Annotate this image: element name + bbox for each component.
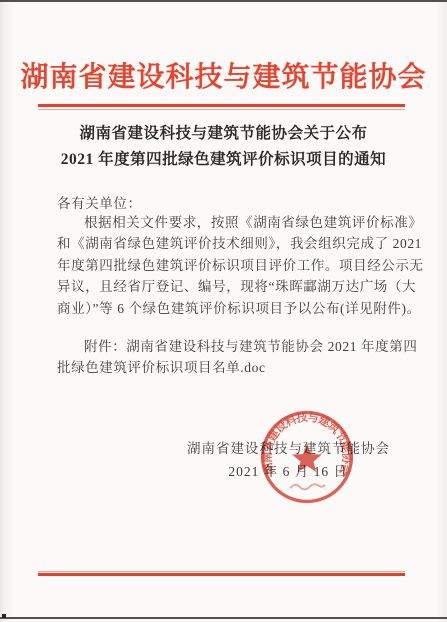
paragraph-line: 年度第四批绿色建筑评价标识项目评价工作。项目经公示无 [57,255,424,276]
seal-ring-text: 湖南省建设科技与建筑节能协会 [260,410,354,478]
footer-rule-thin [38,571,405,572]
official-seal: 湖南省建设科技与建筑节能协会 [247,397,367,517]
letterhead-rule-thin [38,109,405,110]
attachment-paragraph: 附件：湖南省建设科技与建筑节能协会 2021 年度第四 批绿色建筑评价标识项目名… [57,336,417,379]
document-title: 湖南省建设科技与建筑节能协会关于公布 2021 年度第四批绿色建筑评价标识项目的… [0,121,447,173]
scan-artifact-dot [2,614,6,618]
document-title-line1: 湖南省建设科技与建筑节能协会关于公布 [0,121,447,147]
letterhead-rule [38,104,405,107]
seal-bottom-mark [290,484,325,489]
letterhead-org-name: 湖南省建设科技与建筑节能协会 [0,55,447,95]
paragraph-line: 商业）”等 6 个绿色建筑评价标识项目予以公布(详见附件)。 [57,298,424,319]
paragraph-line: 根据相关文件要求，按照《湖南省绿色建筑评价标准》 [57,212,424,233]
scan-edge-bottom [0,617,447,619]
salutation: 各有关单位： [57,192,142,212]
paragraph-line: 异议，且经省厅登记、编号，现将“珠晖酃湖万达广场（大 [57,276,424,297]
main-paragraph: 根据相关文件要求，按照《湖南省绿色建筑评价标准》 和《湖南省绿色建筑评价技术细则… [57,212,424,319]
seal-star-icon [292,444,322,472]
paragraph-line: 和《湖南省绿色建筑评价技术细则》，我会组织完成了 2021 [57,233,424,254]
scan-edge-top [0,0,447,2]
seal-ring-text-container: 湖南省建设科技与建筑节能协会 [260,410,354,478]
document-title-line2: 2021 年度第四批绿色建筑评价标识项目的通知 [0,147,447,173]
footer-rule [38,573,405,576]
attachment-line: 批绿色建筑评价标识项目名单.doc [57,357,417,378]
attachment-line: 附件：湖南省建设科技与建筑节能协会 2021 年度第四 [57,336,417,357]
document-page: 湖南省建设科技与建筑节能协会 湖南省建设科技与建筑节能协会关于公布 2021 年… [0,0,447,622]
